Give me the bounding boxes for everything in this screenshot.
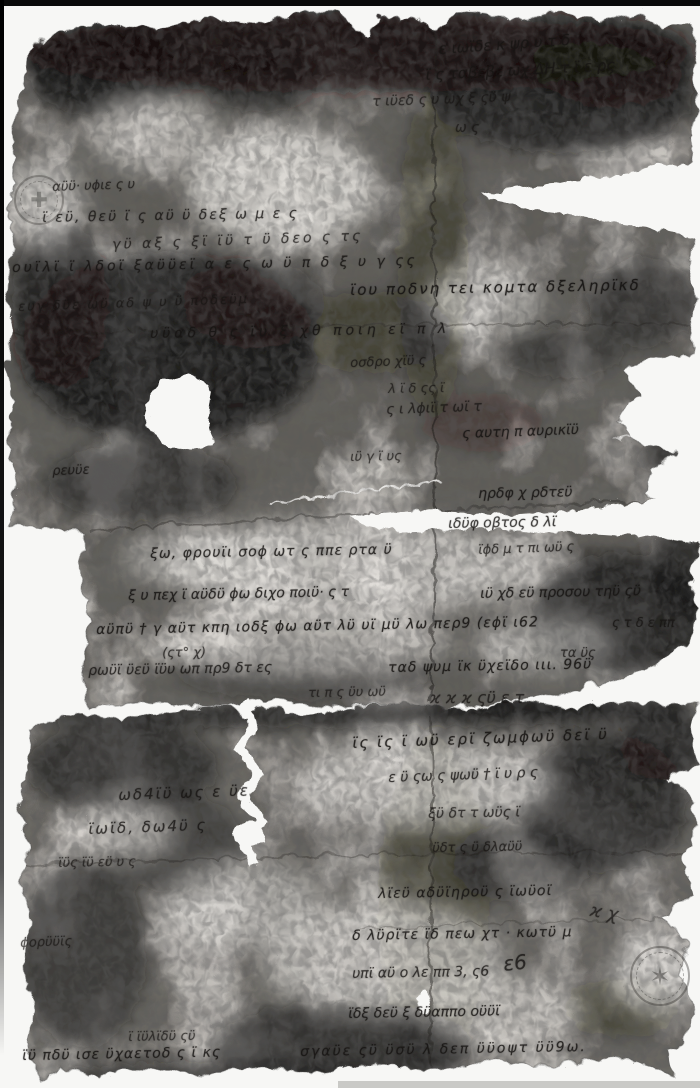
manuscript-image bbox=[0, 0, 700, 1088]
upper-fragment bbox=[0, 0, 700, 712]
lower-fragment bbox=[0, 688, 700, 1088]
photo-frame-left-edge bbox=[0, 0, 4, 1088]
small-sliver-hole bbox=[414, 990, 426, 1014]
crack-blob bbox=[230, 818, 262, 846]
photo-backing-strip bbox=[338, 1081, 700, 1088]
photo-frame-top-edge bbox=[0, 0, 700, 6]
manuscript-photograph: Photograph of a torn, mottled manuscript… bbox=[0, 0, 700, 1088]
